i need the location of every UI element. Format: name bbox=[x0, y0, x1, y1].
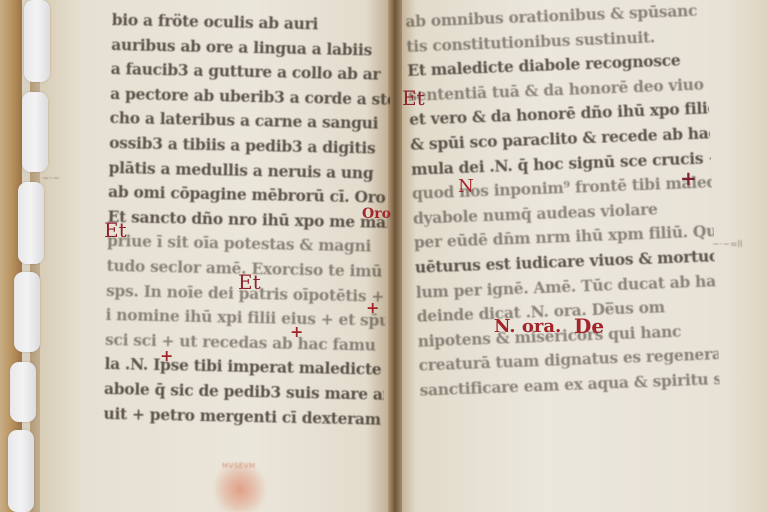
tape-segment bbox=[18, 182, 44, 264]
margin-note: ~·~=ll bbox=[712, 240, 743, 250]
red-cross-icon: + bbox=[366, 298, 379, 317]
tape-segment bbox=[8, 430, 34, 512]
tape-segment bbox=[14, 272, 40, 352]
rubric-text: Oro bbox=[362, 206, 391, 222]
book-photo: bio a fröte oculis ab auri auribus ab or… bbox=[0, 0, 768, 512]
margin-note: ~·~ bbox=[42, 174, 60, 184]
tape-segment bbox=[22, 92, 48, 172]
rubric-initial: Et bbox=[402, 86, 425, 110]
red-cross-icon: + bbox=[290, 322, 303, 341]
tape-segment bbox=[10, 362, 36, 422]
rubric-initial: Et bbox=[104, 218, 127, 242]
rubric-text: N. ora. bbox=[494, 316, 561, 337]
left-page-text: bio a fröte oculis ab auri auribus ab or… bbox=[103, 8, 392, 432]
rubric-initial: De bbox=[574, 314, 604, 338]
red-cross-icon: + bbox=[160, 346, 173, 365]
repair-tape-strip bbox=[10, 0, 46, 512]
red-cross-icon: + bbox=[680, 166, 697, 190]
tape-segment bbox=[24, 0, 50, 82]
rubric-initial: Et bbox=[238, 270, 261, 294]
right-page-text: ab omnibus orationibus & spūsanc tis con… bbox=[405, 0, 720, 403]
stamp-label: MVSEVM bbox=[222, 462, 256, 470]
rubric-text: N bbox=[458, 176, 474, 197]
